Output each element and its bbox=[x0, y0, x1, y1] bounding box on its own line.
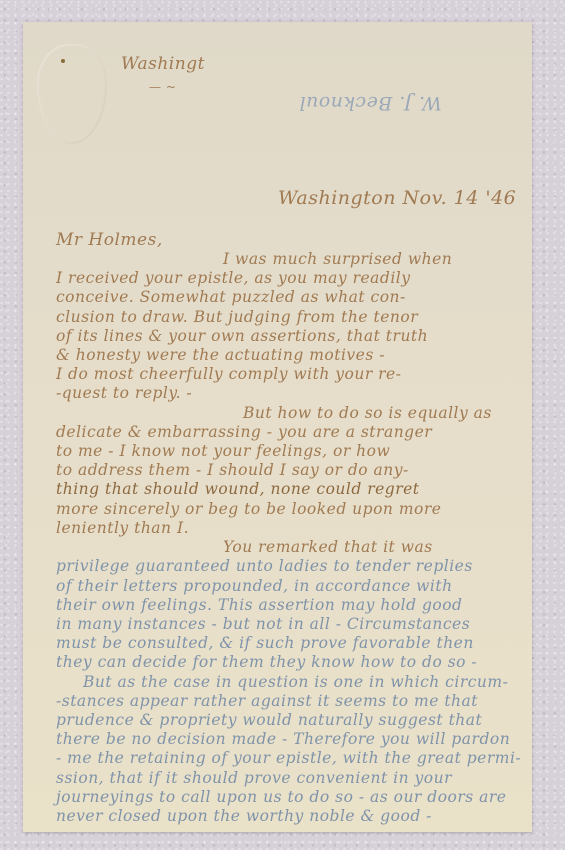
letter-line: & honesty were the actuating motives - bbox=[56, 346, 385, 364]
docket-mark: — ~ bbox=[149, 80, 176, 94]
letter-line: I received your epistle, as you may read… bbox=[56, 269, 411, 287]
letter-line: in many instances - but not in all - Cir… bbox=[56, 615, 470, 633]
letter-line: of their letters propounded, in accordan… bbox=[56, 577, 453, 595]
letter-line: But how to do so is equally as bbox=[243, 404, 492, 422]
letter-line: must be consulted, & if such prove favor… bbox=[56, 634, 474, 652]
letter-line: -quest to reply. - bbox=[56, 384, 192, 402]
letter-line: clusion to draw. But judging from the te… bbox=[56, 308, 418, 326]
letter-line: - me the retaining of your epistle, with… bbox=[56, 749, 521, 767]
mirrored-docket-note: W. J. Becknoul bbox=[299, 92, 442, 114]
ink-spot bbox=[61, 59, 65, 63]
docket-place: Washingt bbox=[121, 54, 205, 74]
letter-line: ssion, that if it should prove convenien… bbox=[56, 769, 452, 787]
letter-line: But as the case in question is one in wh… bbox=[83, 673, 508, 691]
letter-line: privilege guaranteed unto ladies to tend… bbox=[56, 557, 473, 575]
letter-line: leniently than I. bbox=[56, 519, 189, 537]
embossed-seal-mark bbox=[37, 44, 107, 144]
letter-line: I do most cheerfully comply with your re… bbox=[56, 365, 401, 383]
letter-line: prudence & propriety would naturally sug… bbox=[56, 711, 482, 729]
letter-line: thing that should wound, none could regr… bbox=[56, 480, 420, 498]
letter-sheet: Washingt — ~ W. J. Becknoul Washington N… bbox=[23, 22, 532, 832]
letter-line: conceive. Somewhat puzzled as what con- bbox=[56, 288, 406, 306]
salutation: Mr Holmes, bbox=[56, 230, 163, 250]
letter-line: there be no decision made - Therefore yo… bbox=[56, 730, 510, 748]
letter-line: to me - I know not your feelings, or how bbox=[56, 442, 390, 460]
letter-line: I was much surprised when bbox=[223, 250, 452, 268]
letter-line: their own feelings. This assertion may h… bbox=[56, 596, 462, 614]
letter-line: -stances appear rather against it seems … bbox=[56, 692, 478, 710]
letter-line: delicate & embarrassing - you are a stra… bbox=[56, 423, 432, 441]
letter-line: more sincerely or beg to be looked upon … bbox=[56, 500, 441, 518]
place-date-line: Washington Nov. 14 '46 bbox=[278, 187, 516, 209]
letter-line: of its lines & your own assertions, that… bbox=[56, 327, 428, 345]
letter-line: You remarked that it was bbox=[223, 538, 433, 556]
letter-line: journeyings to call upon us to do so - a… bbox=[56, 788, 506, 806]
letter-line: never closed upon the worthy noble & goo… bbox=[56, 807, 432, 825]
letter-line: they can decide for them they know how t… bbox=[56, 653, 477, 671]
letter-line: to address them - I should I say or do a… bbox=[56, 461, 409, 479]
